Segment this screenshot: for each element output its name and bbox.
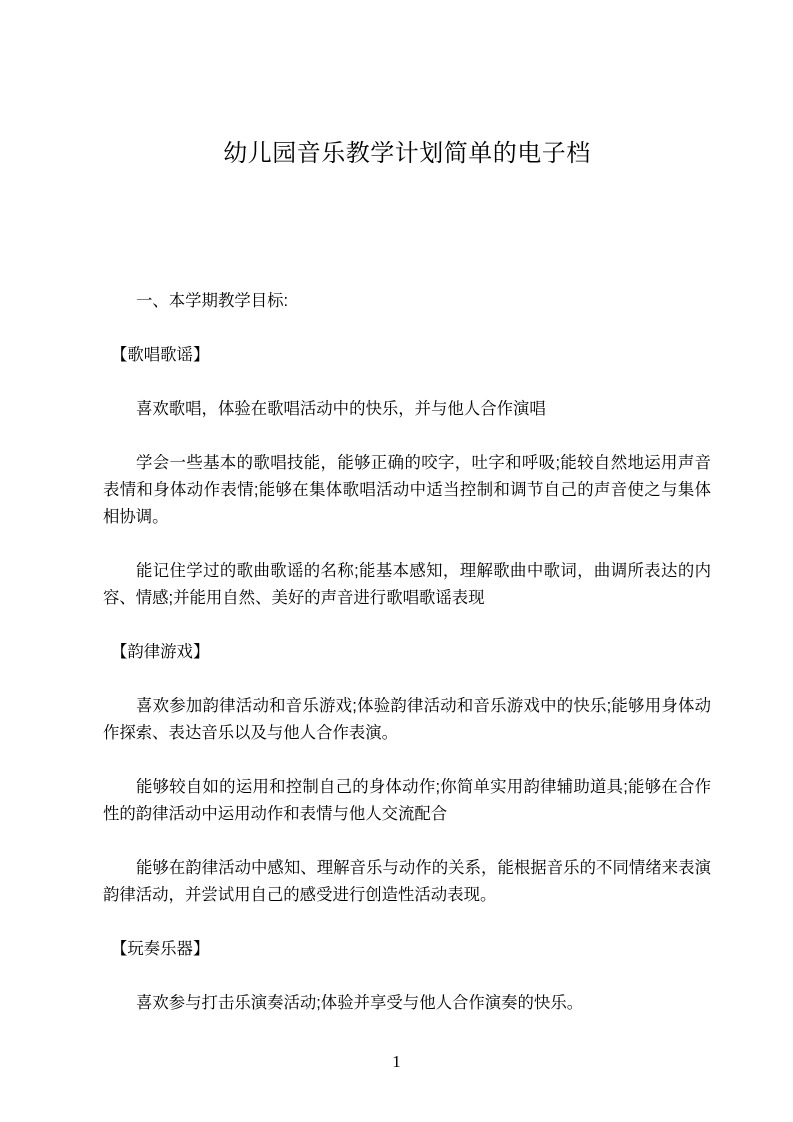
- document-page: 幼儿园音乐教学计划简单的电子档 一、本学期教学目标: 【歌唱歌谣】 喜欢歌唱，体…: [0, 0, 793, 1122]
- heading-rhythm-games: 【韵律游戏】: [103, 639, 711, 666]
- document-content: 幼儿园音乐教学计划简单的电子档 一、本学期教学目标: 【歌唱歌谣】 喜欢歌唱，体…: [103, 0, 711, 1044]
- heading-playing-instruments: 【玩奏乐器】: [103, 936, 711, 963]
- paragraph-singing-2: 学会一些基本的歌唱技能，能够正确的咬字，吐字和呼吸;能较自然地运用声音表情和身体…: [103, 450, 711, 531]
- paragraph-instruments-1: 喜欢参与打击乐演奏活动;体验并享受与他人合作演奏的快乐。: [103, 990, 711, 1017]
- paragraph-singing-1: 喜欢歌唱，体验在歌唱活动中的快乐，并与他人合作演唱: [103, 396, 711, 423]
- paragraph-rhythm-2: 能够较自如的运用和控制自己的身体动作;你简单实用韵律辅助道具;能够在合作性的韵律…: [103, 774, 711, 828]
- paragraph-rhythm-1: 喜欢参加韵律活动和音乐游戏;体验韵律活动和音乐游戏中的快乐;能够用身体动作探索、…: [103, 693, 711, 747]
- heading-singing-songs: 【歌唱歌谣】: [103, 342, 711, 369]
- paragraph-singing-3: 能记住学过的歌曲歌谣的名称;能基本感知，理解歌曲中歌词，曲调所表达的内容、情感;…: [103, 558, 711, 612]
- paragraph-rhythm-3: 能够在韵律活动中感知、理解音乐与动作的关系，能根据音乐的不同情绪来表演韵律活动，…: [103, 855, 711, 909]
- page-number: 1: [0, 1050, 793, 1074]
- page-title: 幼儿园音乐教学计划简单的电子档: [103, 138, 711, 169]
- section-heading-teaching-goals: 一、本学期教学目标:: [103, 288, 711, 315]
